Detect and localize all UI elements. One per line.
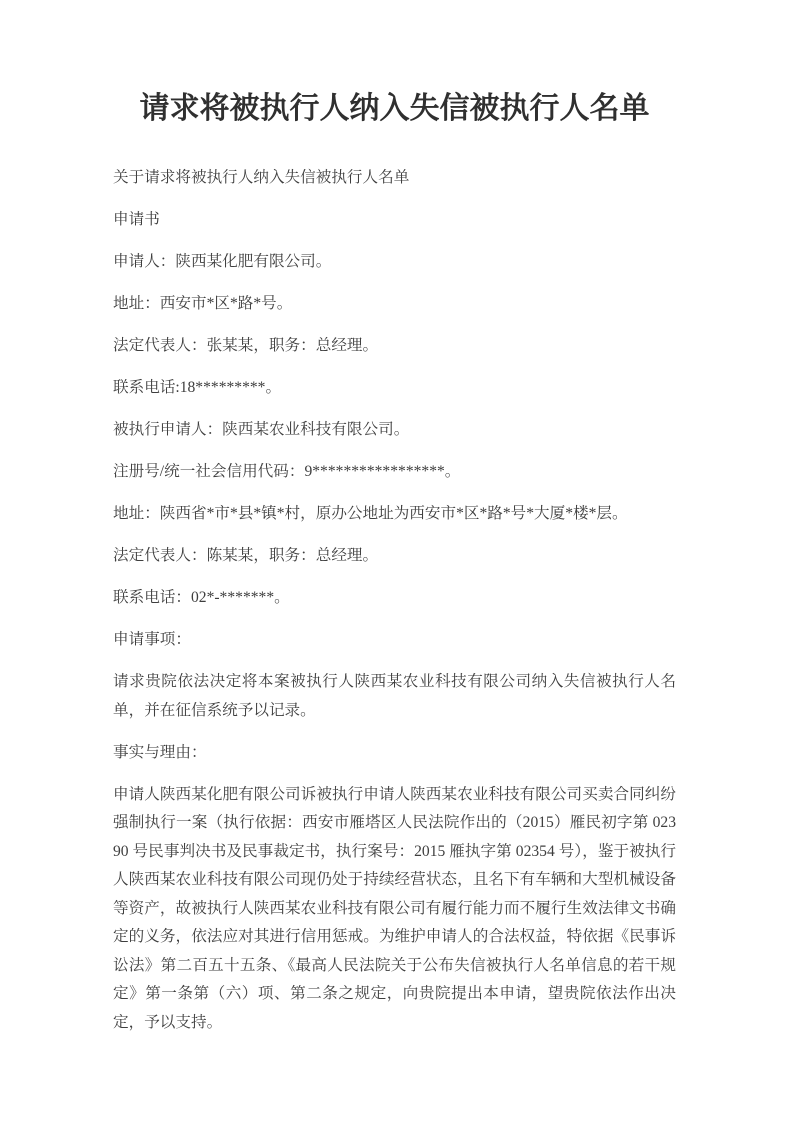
applicant-phone-line: 联系电话:18*********。 <box>113 374 676 403</box>
request-body: 请求贵院依法决定将本案被执行人陕西某农业科技有限公司纳入失信被执行人名单，并在征… <box>113 668 676 725</box>
document-content: 请求将被执行人纳入失信被执行人名单 关于请求将被执行人纳入失信被执行人名单 申请… <box>0 0 793 1037</box>
applicant-name-line: 申请人：陕西某化肥有限公司。 <box>113 248 676 277</box>
applicant-legal-representative-line: 法定代表人：张某某，职务：总经理。 <box>113 332 676 361</box>
respondent-address-line: 地址：陕西省*市*县*镇*村，原办公地址为西安市*区*路*号*大厦*楼*层。 <box>113 500 676 529</box>
doc-type-line: 申请书 <box>113 206 676 235</box>
respondent-legal-representative-line: 法定代表人：陈某某，职务：总经理。 <box>113 542 676 571</box>
facts-heading: 事实与理由： <box>113 739 676 768</box>
document-title: 请求将被执行人纳入失信被执行人名单 <box>113 89 676 128</box>
respondent-name-line: 被执行申请人：陕西某农业科技有限公司。 <box>113 416 676 445</box>
document-page: 请求将被执行人纳入失信被执行人名单 关于请求将被执行人纳入失信被执行人名单 申请… <box>0 0 793 1122</box>
request-heading: 申请事项： <box>113 626 676 655</box>
applicant-address-line: 地址：西安市*区*路*号。 <box>113 290 676 319</box>
respondent-phone-line: 联系电话：02*-*******。 <box>113 584 676 613</box>
subject-line: 关于请求将被执行人纳入失信被执行人名单 <box>113 164 676 193</box>
facts-body: 申请人陕西某化肥有限公司诉被执行申请人陕西某农业科技有限公司买卖合同纠纷强制执行… <box>113 781 676 1038</box>
respondent-registration-code-line: 注册号/统一社会信用代码：9*****************。 <box>113 458 676 487</box>
